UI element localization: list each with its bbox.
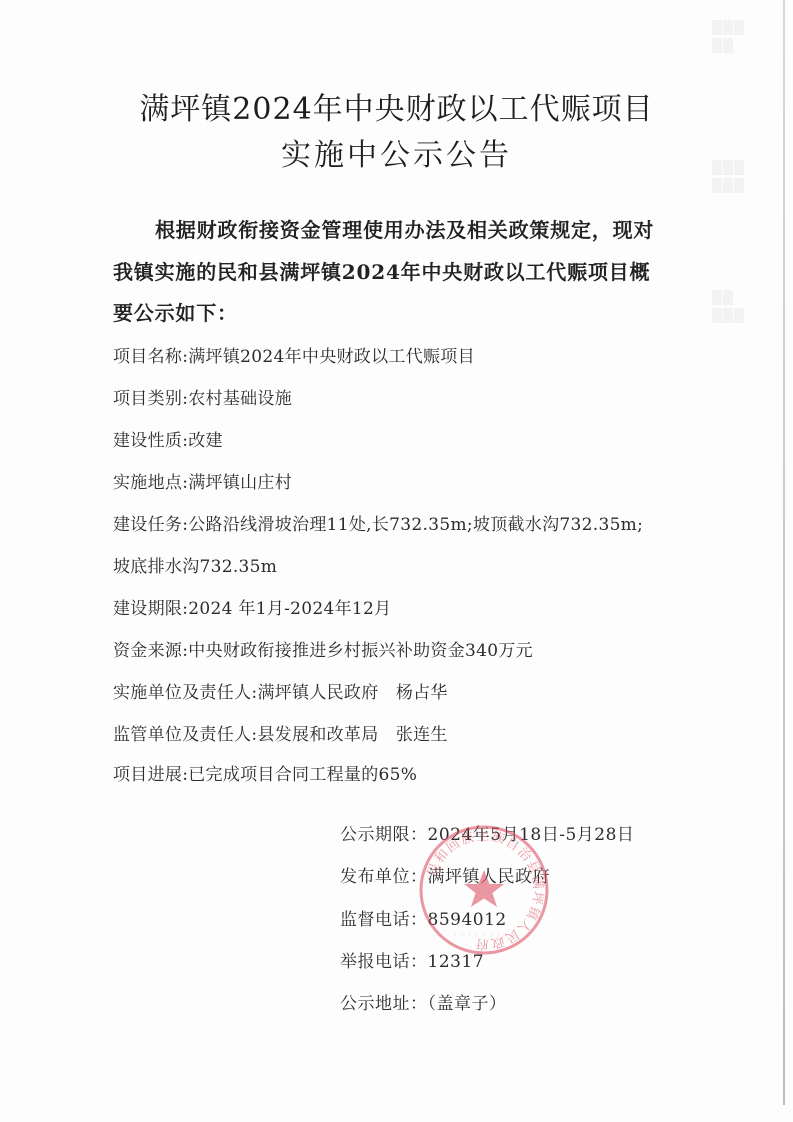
footer-publicity-period: 公示期限：2024年5月18日-5月28日 [340,820,634,845]
field-value: 农村基础设施 [188,389,292,409]
intro-line-3: 要公示如下： [113,297,673,326]
document-page: ▒▒▒▒▒ ▒▒▒▒▒▒ ▒▒▒▒▒ 满坪镇2024年中央财政以工代赈项目 实施… [0,0,793,1122]
field-label: 项目名称: [113,347,188,367]
field-value: 满坪镇人民政府 杨占华 [257,683,447,703]
page-title-line1: 满坪镇2024年中央财政以工代赈项目 [0,84,793,128]
intro-line-2: 我镇实施的民和县满坪镇2024年中央财政以工代赈项目概 [113,256,673,285]
field-label: 实施单位及责任人: [113,683,257,703]
field-supervising-unit: 监管单位及责任人:县发展和改革局 张连生 [113,720,448,745]
footer-value: 12317 [428,952,485,972]
field-label: 建设任务: [113,515,188,535]
footer-supervision-phone: 监督电话：8594012 [340,905,507,930]
field-construction-nature: 建设性质:改建 [113,426,223,451]
field-value: 已完成项目合同工程量的65% [188,765,417,785]
footer-value: 满坪镇人民政府 [428,867,551,887]
field-label: 建设性质: [113,431,188,451]
field-value: 公路沿线滑坡治理11处,长732.35m;坡顶截水沟732.35m; [188,515,643,535]
field-location: 实施地点:满坪镇山庄村 [113,468,292,493]
footer-label: 监督电话： [340,910,428,930]
field-construction-task: 建设任务:公路沿线滑坡治理11处,长732.35m;坡顶截水沟732.35m; [113,510,643,535]
field-funding-source: 资金来源:中央财政衔接推进乡村振兴补助资金340万元 [113,636,533,661]
field-value: 中央财政衔接推进乡村振兴补助资金340万元 [188,641,533,661]
field-value: 2024 年1月-2024年12月 [188,599,391,619]
field-label: 建设期限: [113,599,188,619]
field-value: 县发展和改革局 张连生 [257,725,447,745]
field-label: 项目进展: [113,765,188,785]
field-label: 监管单位及责任人: [113,725,257,745]
footer-label: 公示地址： [340,994,428,1014]
footer-value: 8594012 [428,910,507,930]
field-label: 实施地点: [113,473,188,493]
footer-report-phone: 举报电话：12317 [340,947,484,972]
field-construction-task-cont: 坡底排水沟732.35m [113,552,277,577]
footer-issuing-unit: 发布单位：满坪镇人民政府 [340,862,550,887]
field-progress: 项目进展:已完成项目合同工程量的65% [113,760,417,785]
page-title-line2: 实施中公示公告 [0,130,793,174]
field-value: 坡底排水沟732.35m [113,557,277,577]
stamp-ring [421,827,547,953]
field-label: 项目类别: [113,389,188,409]
footer-label: 发布单位： [340,867,428,887]
stamp-serial: · · · · · · · · · [453,931,514,938]
bleed-through-artifact: ▒▒▒▒▒ [712,20,772,56]
field-implementing-unit: 实施单位及责任人:满坪镇人民政府 杨占华 [113,678,448,703]
field-project-category: 项目类别:农村基础设施 [113,384,292,409]
field-value: 满坪镇山庄村 [188,473,292,493]
footer-value: （盖章子） [428,994,507,1014]
field-value: 改建 [188,431,223,451]
bleed-through-artifact: ▒▒▒▒▒ [712,290,772,326]
field-label: 资金来源: [113,641,188,661]
footer-publicity-address: 公示地址：（盖章子） [340,989,507,1014]
field-construction-period: 建设期限:2024 年1月-2024年12月 [113,594,391,619]
footer-label: 公示期限： [340,825,428,845]
stamp-ring-text: 民和回族土族自治县满坪镇人民政府 [425,828,546,951]
field-value: 满坪镇2024年中央财政以工代赈项目 [188,347,475,367]
intro-line-1: 根据财政衔接资金管理使用办法及相关政策规定，现对 [155,214,715,243]
footer-value: 2024年5月18日-5月28日 [428,825,635,845]
footer-label: 举报电话： [340,952,428,972]
field-project-name: 项目名称:满坪镇2024年中央财政以工代赈项目 [113,342,475,367]
